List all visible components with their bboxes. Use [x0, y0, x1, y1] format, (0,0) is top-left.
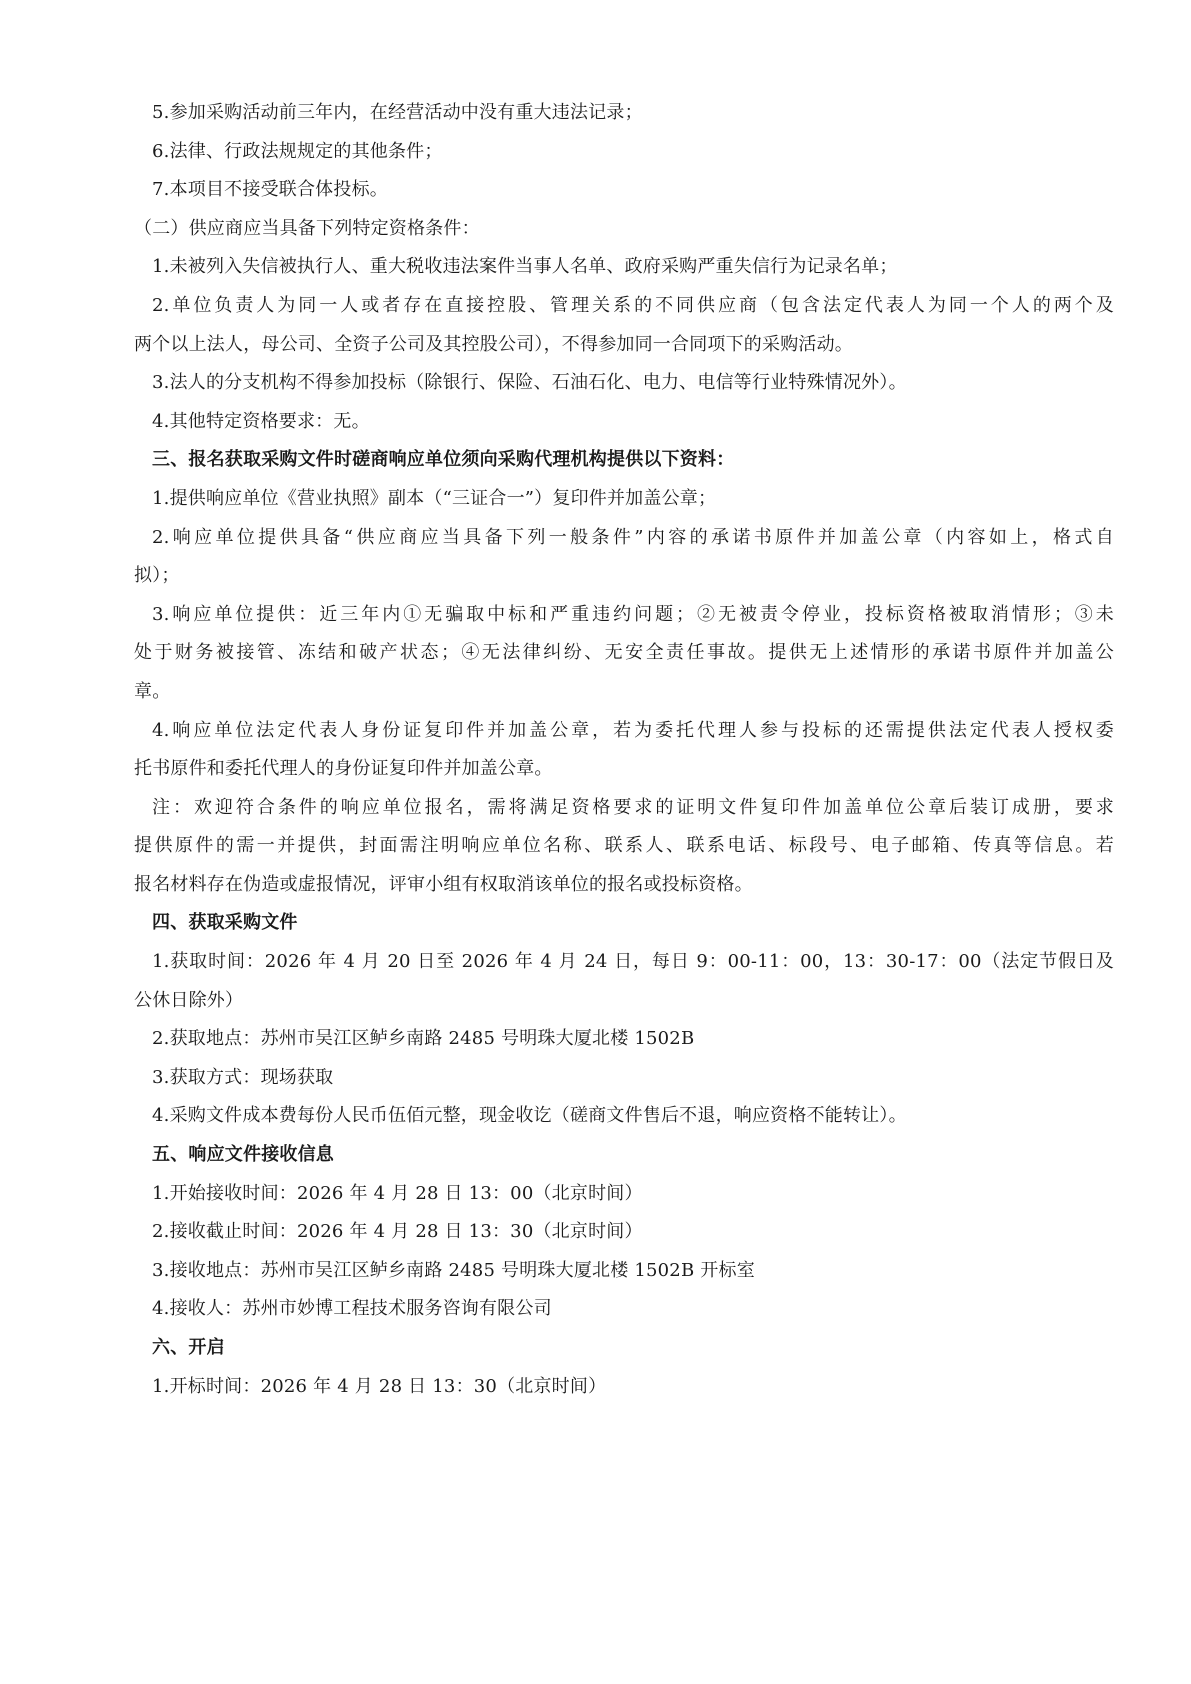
section-3-item-1: 1.提供响应单位《营业执照》副本（“三证合一”）复印件并加盖公章； [134, 480, 1114, 519]
section-3-item-3-line3: 章。 [134, 673, 1114, 712]
section-3-item-4-line2: 托书原件和委托代理人的身份证复印件并加盖公章。 [134, 750, 1114, 789]
special-condition-4: 4.其他特定资格要求：无。 [134, 403, 1114, 442]
section-4-item-3: 3.获取方式：现场获取 [134, 1059, 1114, 1098]
general-condition-5: 5.参加采购活动前三年内，在经营活动中没有重大违法记录； [134, 94, 1114, 133]
special-condition-3: 3.法人的分支机构不得参加投标（除银行、保险、石油石化、电力、电信等行业特殊情况… [134, 364, 1114, 403]
section-4-item-4: 4.采购文件成本费每份人民币伍佰元整，现金收讫（磋商文件售后不退，响应资格不能转… [134, 1097, 1114, 1136]
section-4-heading: 四、获取采购文件 [134, 904, 1114, 943]
special-condition-1: 1.未被列入失信被执行人、重大税收违法案件当事人名单、政府采购严重失信行为记录名… [134, 248, 1114, 287]
section-3-item-2-line2: 拟）； [134, 557, 1114, 596]
general-condition-7: 7.本项目不接受联合体投标。 [134, 171, 1114, 210]
section-5-item-3: 3.接收地点：苏州市吴江区鲈乡南路 2485 号明珠大厦北楼 1502B 开标室 [134, 1252, 1114, 1291]
section-4-item-1-line1: 1.获取时间：2026 年 4 月 20 日至 2026 年 4 月 24 日，… [134, 943, 1114, 982]
section-4-item-1-line2: 公休日除外） [134, 982, 1114, 1021]
section-4-item-2: 2.获取地点：苏州市吴江区鲈乡南路 2485 号明珠大厦北楼 1502B [134, 1020, 1114, 1059]
section-3-item-4-line1: 4.响应单位法定代表人身份证复印件并加盖公章，若为委托代理人参与投标的还需提供法… [134, 712, 1114, 751]
section-5-heading: 五、响应文件接收信息 [134, 1136, 1114, 1175]
section-5-item-4: 4.接收人：苏州市妙博工程技术服务咨询有限公司 [134, 1290, 1114, 1329]
special-condition-2-line2: 两个以上法人，母公司、全资子公司及其控股公司），不得参加同一合同项下的采购活动。 [134, 326, 1114, 365]
section-3-item-3-line1: 3.响应单位提供：近三年内①无骗取中标和严重违约问题；②无被责令停业，投标资格被… [134, 596, 1114, 635]
section-3-note-line2: 提供原件的需一并提供，封面需注明响应单位名称、联系人、联系电话、标段号、电子邮箱… [134, 827, 1114, 866]
special-conditions-title: （二）供应商应当具备下列特定资格条件： [134, 210, 1114, 249]
section-3-item-2-line1: 2.响应单位提供具备“供应商应当具备下列一般条件”内容的承诺书原件并加盖公章（内… [134, 519, 1114, 558]
section-3-heading: 三、报名获取采购文件时磋商响应单位须向采购代理机构提供以下资料： [134, 441, 1114, 480]
section-6-heading: 六、开启 [134, 1329, 1114, 1368]
general-condition-6: 6.法律、行政法规规定的其他条件； [134, 133, 1114, 172]
section-3-note-line3: 报名材料存在伪造或虚报情况，评审小组有权取消该单位的报名或投标资格。 [134, 866, 1114, 905]
section-5-item-2: 2.接收截止时间：2026 年 4 月 28 日 13：30（北京时间） [134, 1213, 1114, 1252]
section-3-item-3-line2: 处于财务被接管、冻结和破产状态；④无法律纠纷、无安全责任事故。提供无上述情形的承… [134, 634, 1114, 673]
document-page: 5.参加采购活动前三年内，在经营活动中没有重大违法记录； 6.法律、行政法规规定… [134, 94, 1114, 1406]
special-condition-2-line1: 2.单位负责人为同一人或者存在直接控股、管理关系的不同供应商（包含法定代表人为同… [134, 287, 1114, 326]
section-5-item-1: 1.开始接收时间：2026 年 4 月 28 日 13：00（北京时间） [134, 1175, 1114, 1214]
section-3-note-line1: 注：欢迎符合条件的响应单位报名，需将满足资格要求的证明文件复印件加盖单位公章后装… [134, 789, 1114, 828]
section-6-item-1: 1.开标时间：2026 年 4 月 28 日 13：30（北京时间） [134, 1368, 1114, 1407]
